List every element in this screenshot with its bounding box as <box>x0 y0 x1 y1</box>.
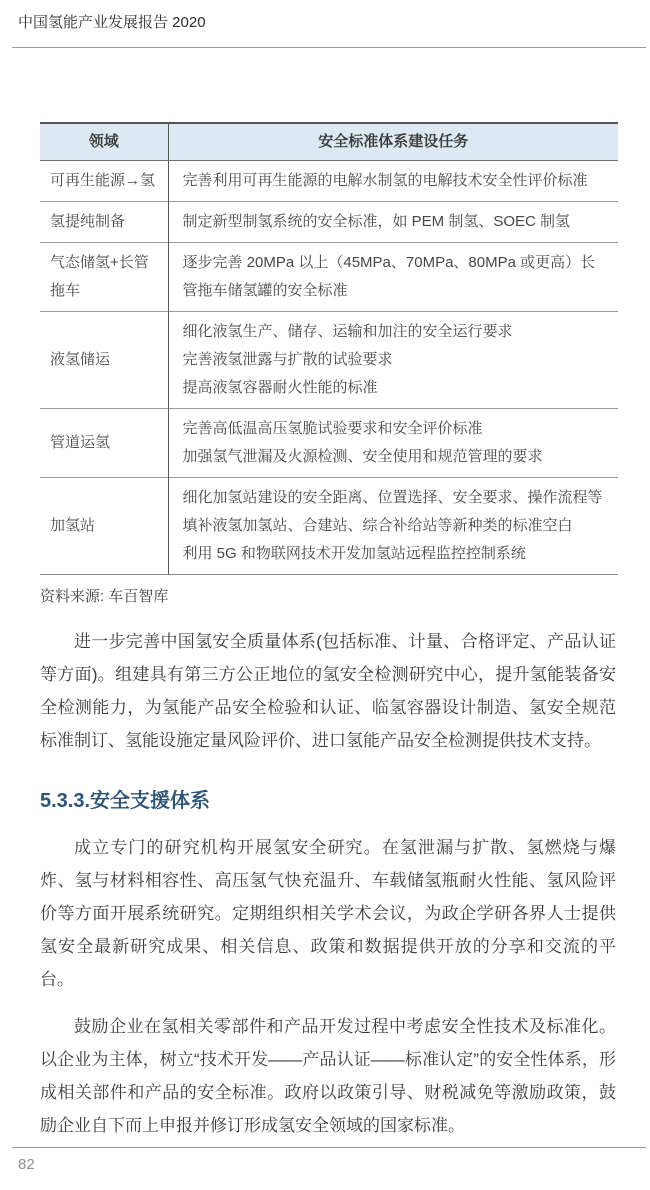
table-row: 加氢站细化加氢站建设的安全距离、位置选择、安全要求、操作流程等填补液氢加氢站、合… <box>40 478 618 575</box>
task-line: 加强氢气泄漏及火源检测、安全使用和规范管理的要求 <box>183 443 611 471</box>
field-cell: 液氢储运 <box>40 312 168 409</box>
table-row: 气态储氢+长管拖车逐步完善 20MPa 以上（45MPa、70MPa、80MPa… <box>40 243 618 312</box>
task-line: 细化加氢站建设的安全距离、位置选择、安全要求、操作流程等 <box>183 484 611 512</box>
column-header-tasks: 安全标准体系建设任务 <box>168 123 618 161</box>
field-cell: 可再生能源→氢 <box>40 161 168 202</box>
research-paragraph: 成立专门的研究机构开展氢安全研究。在氢泄漏与扩散、氢燃烧与爆炸、氢与材料相容性、… <box>40 831 616 996</box>
task-line: 填补液氢加氢站、合建站、综合补给站等新种类的标准空白 <box>183 512 611 540</box>
table-row: 管道运氢完善高低温高压氢脆试验要求和安全评价标准加强氢气泄漏及火源检测、安全使用… <box>40 409 618 478</box>
task-line: 逐步完善 20MPa 以上（45MPa、70MPa、80MPa 或更高）长管拖车… <box>183 249 611 305</box>
field-cell: 管道运氢 <box>40 409 168 478</box>
field-cell: 加氢站 <box>40 478 168 575</box>
tasks-cell: 完善高低温高压氢脆试验要求和安全评价标准加强氢气泄漏及火源检测、安全使用和规范管… <box>168 409 618 478</box>
task-line: 利用 5G 和物联网技术开发加氢站远程监控控制系统 <box>183 540 611 568</box>
enterprise-paragraph: 鼓励企业在氢相关零部件和产品开发过程中考虑安全性技术及标准化。以企业为主体，树立… <box>40 1010 616 1142</box>
task-line: 完善利用可再生能源的电解水制氢的电解技术安全性评价标准 <box>183 167 611 195</box>
table-row: 可再生能源→氢完善利用可再生能源的电解水制氢的电解技术安全性评价标准 <box>40 161 618 202</box>
document-header-title: 中国氢能产业发展报告 2020 <box>0 0 650 33</box>
tasks-cell: 制定新型制氢系统的安全标准，如 PEM 制氢、SOEC 制氢 <box>168 202 618 243</box>
table-header-row: 领域 安全标准体系建设任务 <box>40 123 618 161</box>
tasks-cell: 逐步完善 20MPa 以上（45MPa、70MPa、80MPa 或更高）长管拖车… <box>168 243 618 312</box>
tasks-cell: 完善利用可再生能源的电解水制氢的电解技术安全性评价标准 <box>168 161 618 202</box>
task-line: 细化液氢生产、储存、运输和加注的安全运行要求 <box>183 318 611 346</box>
section-heading: 5.3.3.安全支援体系 <box>40 787 650 815</box>
table-row: 液氢储运细化液氢生产、储存、运输和加注的安全运行要求完善液氢泄露与扩散的试验要求… <box>40 312 618 409</box>
field-cell: 氢提纯制备 <box>40 202 168 243</box>
table-body: 可再生能源→氢完善利用可再生能源的电解水制氢的电解技术安全性评价标准氢提纯制备制… <box>40 161 618 575</box>
task-line: 制定新型制氢系统的安全标准，如 PEM 制氢、SOEC 制氢 <box>183 208 611 236</box>
task-line: 完善高低温高压氢脆试验要求和安全评价标准 <box>183 415 611 443</box>
table-row: 氢提纯制备制定新型制氢系统的安全标准，如 PEM 制氢、SOEC 制氢 <box>40 202 618 243</box>
page-number: 82 <box>12 1148 646 1173</box>
footer-divider: 82 <box>12 1147 646 1173</box>
table-source-note: 资料来源: 车百智库 <box>40 587 650 607</box>
task-line: 完善液氢泄露与扩散的试验要求 <box>183 346 611 374</box>
task-line: 提高液氢容器耐火性能的标准 <box>183 374 611 402</box>
field-cell: 气态储氢+长管拖车 <box>40 243 168 312</box>
safety-standards-table: 领域 安全标准体系建设任务 可再生能源→氢完善利用可再生能源的电解水制氢的电解技… <box>40 122 618 575</box>
tasks-cell: 细化加氢站建设的安全距离、位置选择、安全要求、操作流程等填补液氢加氢站、合建站、… <box>168 478 618 575</box>
header-divider <box>12 47 646 48</box>
column-header-field: 领域 <box>40 123 168 161</box>
intro-paragraph: 进一步完善中国氢安全质量体系(包括标准、计量、合格评定、产品认证等方面)。组建具… <box>40 625 616 757</box>
tasks-cell: 细化液氢生产、储存、运输和加注的安全运行要求完善液氢泄露与扩散的试验要求提高液氢… <box>168 312 618 409</box>
